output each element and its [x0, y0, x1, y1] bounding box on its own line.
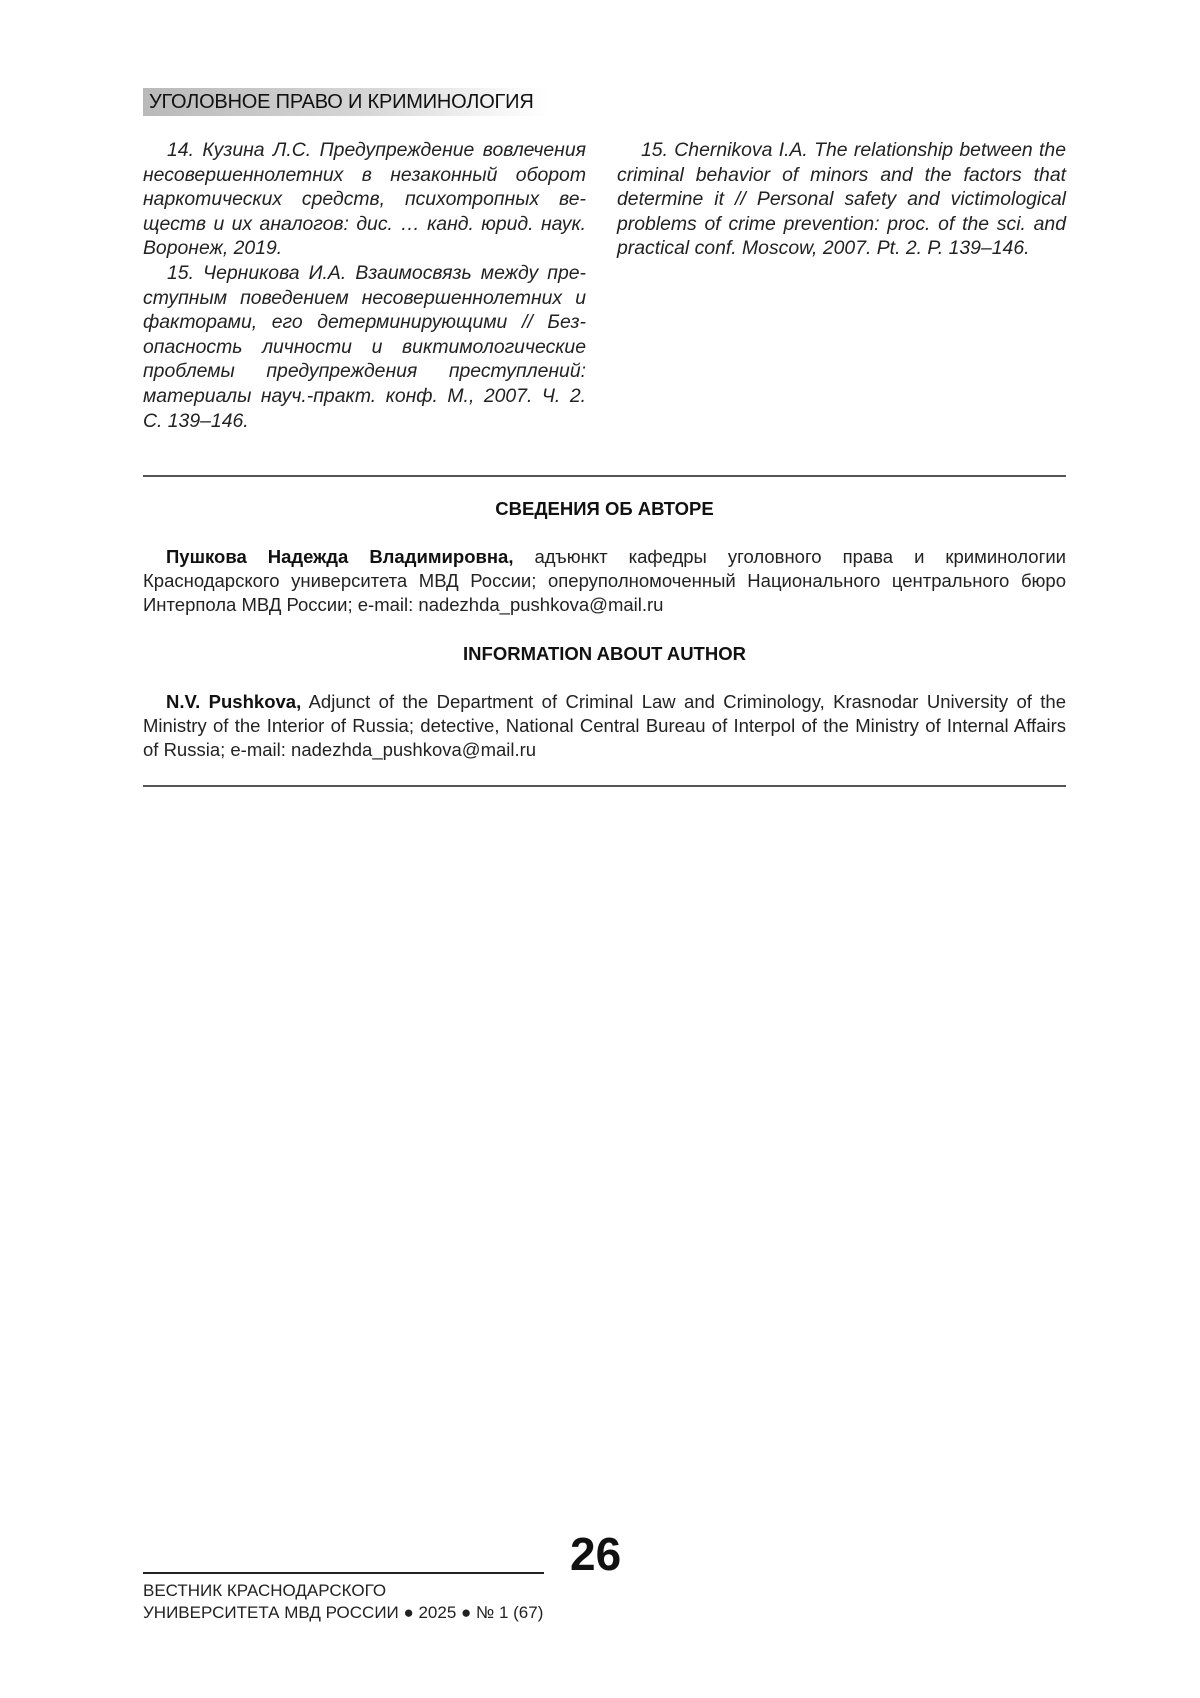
divider-top	[143, 475, 1066, 477]
journal-footer: ВЕСТНИК КРАСНОДАРСКОГО УНИВЕРСИТЕТА МВД …	[143, 1580, 543, 1624]
references-left-column: 14. Кузина Л.С. Предупреждение вовлечени…	[143, 138, 586, 433]
author-info-en: N.V. Pushkova, Adjunct of the Department…	[143, 690, 1066, 762]
author-info-heading-ru: СВЕДЕНИЯ ОБ АВТОРЕ	[143, 497, 1066, 521]
author-name-ru: Пушкова Надежда Владимировна,	[166, 546, 513, 567]
footer-rule	[143, 1572, 544, 1574]
page-number: 26	[570, 1528, 621, 1580]
author-name-en: N.V. Pushkova,	[166, 691, 301, 712]
divider-bottom	[143, 785, 1066, 787]
reference-item: 15. Черникова И.А. Взаимосвязь между пре…	[143, 261, 586, 433]
reference-item: 14. Кузина Л.С. Предупреждение вовлечени…	[143, 138, 586, 261]
references-right-column: 15. Chernikova I.A. The relationship bet…	[617, 138, 1066, 261]
section-header: УГОЛОВНОЕ ПРАВО И КРИМИНОЛОГИЯ	[143, 88, 551, 116]
author-info-heading-en: INFORMATION ABOUT AUTHOR	[143, 642, 1066, 666]
journal-title-line-1: ВЕСТНИК КРАСНОДАРСКОГО	[143, 1580, 543, 1602]
author-info-ru: Пушкова Надежда Владимировна, адъюнкт ка…	[143, 545, 1066, 617]
journal-title-line-2: УНИВЕРСИТЕТА МВД РОССИИ ● 2025 ● № 1 (67…	[143, 1602, 543, 1624]
reference-item: 15. Chernikova I.A. The relationship bet…	[617, 138, 1066, 261]
